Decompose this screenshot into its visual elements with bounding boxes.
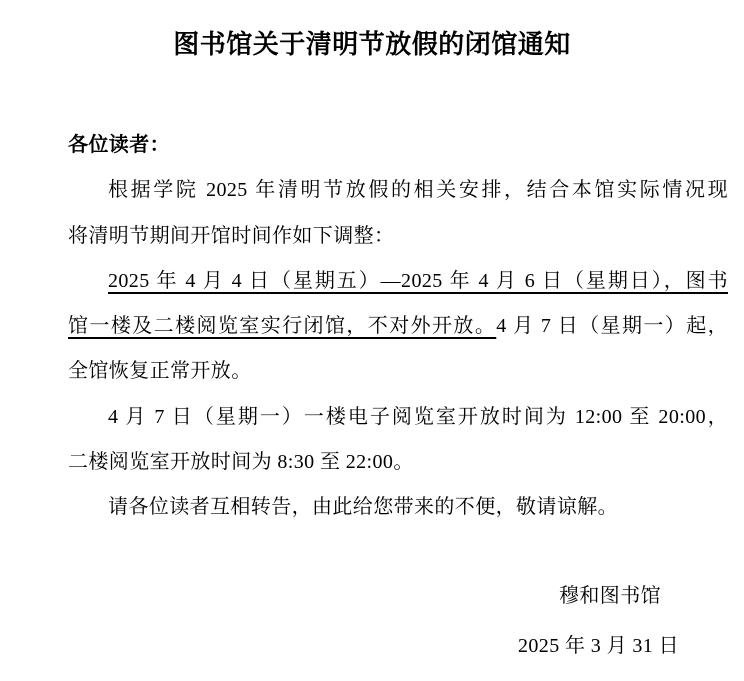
closure-dates-underlined-part2: 馆一楼及二楼阅览室实行闭馆，不对外开放。	[68, 315, 496, 337]
closure-dates-underlined-part1: 2025 年 4 月 4 日（星期五）—2025 年 4 月 6 日（星期日），…	[108, 270, 728, 292]
signature: 穆和图书馆	[68, 574, 728, 619]
reopen-date-text: 4 月 7 日（星期一）起，	[496, 315, 728, 337]
notice-document: 图书馆关于清明节放假的闭馆通知 各位读者： 根据学院 2025 年清明节放假的相…	[0, 0, 744, 681]
para2-line2: 馆一楼及二楼阅览室实行闭馆，不对外开放。4 月 7 日（星期一）起，	[68, 304, 728, 349]
para3-line2: 二楼阅览室开放时间为 8:30 至 22:00。	[68, 440, 728, 485]
para2-line3: 全馆恢复正常开放。	[68, 349, 728, 394]
para2-line1: 2025 年 4 月 4 日（星期五）—2025 年 4 月 6 日（星期日），…	[68, 259, 728, 304]
para1-line1: 根据学院 2025 年清明节放假的相关安排，结合本馆实际情况现	[68, 168, 728, 213]
salutation: 各位读者：	[68, 123, 728, 168]
para3-line1: 4 月 7 日（星期一）一楼电子阅览室开放时间为 12:00 至 20:00，	[68, 395, 728, 440]
para4-line1: 请各位读者互相转告，由此给您带来的不便，敬请谅解。	[68, 485, 728, 530]
notice-date: 2025 年 3 月 31 日	[68, 624, 728, 669]
notice-title: 图书馆关于清明节放假的闭馆通知	[0, 0, 744, 62]
notice-body: 各位读者： 根据学院 2025 年清明节放假的相关安排，结合本馆实际情况现 将清…	[68, 123, 728, 669]
para1-line2: 将清明节期间开馆时间作如下调整：	[68, 214, 728, 259]
